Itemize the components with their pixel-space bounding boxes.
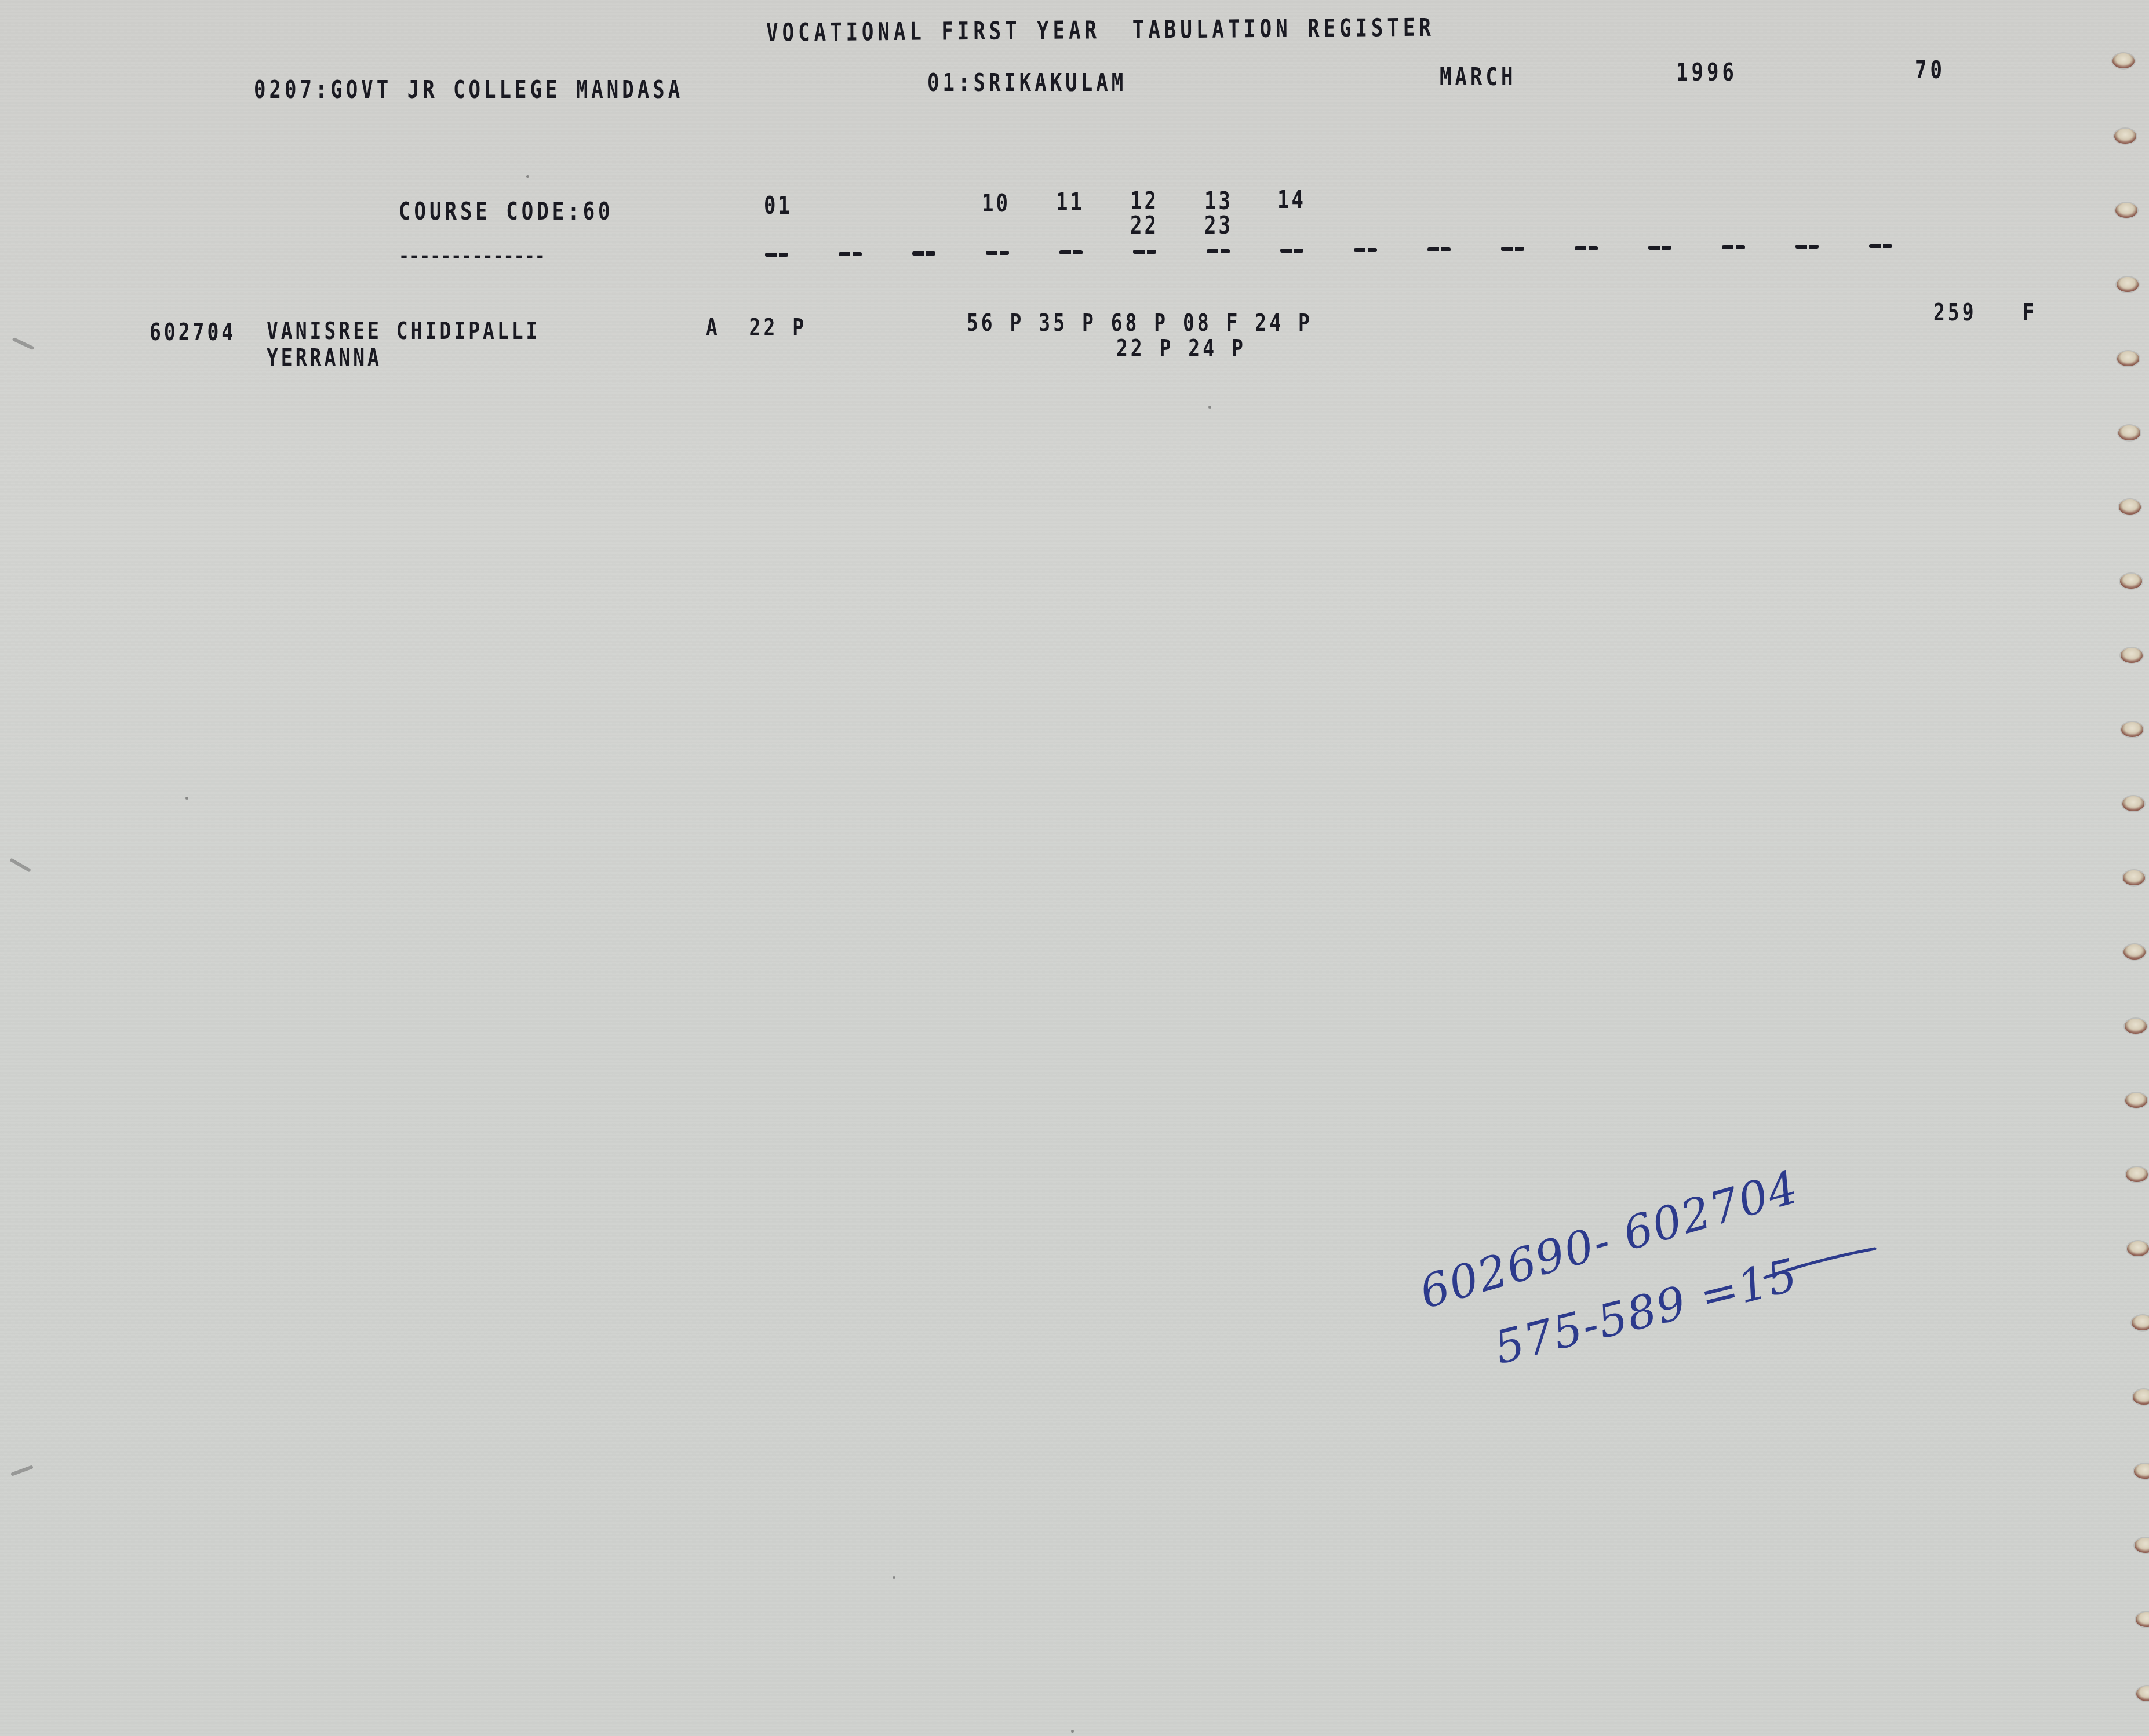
college-name: 0207:GOVT JR COLLEGE MANDASA xyxy=(254,75,683,104)
separator-dash xyxy=(1648,246,1671,250)
feed-hole xyxy=(2135,1538,2149,1553)
ink-speck xyxy=(1071,1730,1074,1733)
paper-edge-mark xyxy=(12,337,35,350)
feed-hole xyxy=(2126,1167,2148,1182)
feed-hole xyxy=(2132,1315,2149,1330)
page-number: 70 xyxy=(1915,56,1946,85)
total-marks: 259 xyxy=(1933,298,1977,326)
subject-marks-line1: 56 P 35 P 68 P 08 F 24 P xyxy=(967,308,1313,337)
feed-hole xyxy=(2115,203,2137,218)
separator-dash xyxy=(1575,246,1598,250)
ink-speck xyxy=(185,797,188,800)
separator-dash xyxy=(1501,247,1524,251)
subject-header-22: 22 xyxy=(1130,211,1159,240)
feed-hole xyxy=(2112,53,2135,68)
subject-01-marks: A 22 P xyxy=(706,313,807,341)
feed-hole xyxy=(2117,277,2139,292)
feed-hole xyxy=(2125,1093,2147,1108)
subject-header-01: 01 xyxy=(764,191,792,220)
feed-hole xyxy=(2127,1241,2149,1256)
separator-dash xyxy=(1280,249,1303,253)
feed-hole xyxy=(2125,1019,2147,1034)
subject-marks-line2: 22 P 24 P xyxy=(1116,334,1246,362)
separator-dash xyxy=(1354,248,1377,252)
feed-hole xyxy=(2114,129,2136,144)
student-name: VANISREE CHIDIPALLI xyxy=(267,316,541,345)
feed-hole xyxy=(2122,796,2144,811)
separator-dash xyxy=(912,251,935,256)
feed-hole xyxy=(2121,648,2143,663)
separator-dash xyxy=(1207,249,1230,253)
exam-year: 1996 xyxy=(1676,58,1738,87)
feed-hole xyxy=(2134,1464,2149,1479)
feed-hole xyxy=(2136,1612,2149,1627)
subject-header-23: 23 xyxy=(1204,211,1233,240)
ink-speck xyxy=(893,1576,895,1579)
father-name: YERRANNA xyxy=(267,343,382,371)
subject-header-11: 11 xyxy=(1056,188,1084,217)
subject-header-10: 10 xyxy=(982,189,1010,218)
feed-hole xyxy=(2123,944,2146,960)
handwritten-underline-stroke xyxy=(1762,1246,1878,1281)
paper-edge-mark xyxy=(10,1465,34,1476)
feed-hole xyxy=(2118,425,2140,440)
separator-dash xyxy=(1869,244,1892,248)
feed-hole xyxy=(2123,870,2145,885)
feed-hole xyxy=(2120,574,2142,589)
separator-dash xyxy=(765,253,788,257)
feed-hole xyxy=(2136,1686,2149,1701)
feed-hole xyxy=(2121,722,2143,737)
separator-dash xyxy=(1059,250,1083,254)
ink-speck xyxy=(1208,406,1211,409)
subject-header-14: 14 xyxy=(1277,185,1306,214)
separator-dash xyxy=(986,251,1009,255)
handwritten-annotation: 602690- 602704 575-589 =15 xyxy=(1403,1194,1889,1391)
paper-texture xyxy=(0,0,2149,1736)
result-status: F xyxy=(2023,298,2037,326)
ink-speck xyxy=(526,175,529,178)
feed-hole xyxy=(2117,351,2139,366)
exam-month: MARCH xyxy=(1440,63,1516,92)
separator-dash xyxy=(1133,250,1156,254)
separator-dash xyxy=(1795,245,1819,249)
course-code-label: COURSE CODE:60 xyxy=(399,197,614,226)
paper-edge-mark xyxy=(9,858,31,872)
feed-hole xyxy=(2119,499,2141,515)
register-title: VOCATIONAL FIRST YEAR TABULATION REGISTE… xyxy=(766,13,1435,48)
separator-dash xyxy=(1722,245,1745,249)
hall-ticket-number: 602704 xyxy=(150,318,236,346)
separator-dash xyxy=(1427,247,1451,251)
feed-hole xyxy=(2133,1389,2149,1405)
district-name: 01:SRIKAKULAM xyxy=(927,68,1127,97)
separator-dash xyxy=(839,252,862,256)
course-code-underline: -------------- xyxy=(399,243,545,269)
